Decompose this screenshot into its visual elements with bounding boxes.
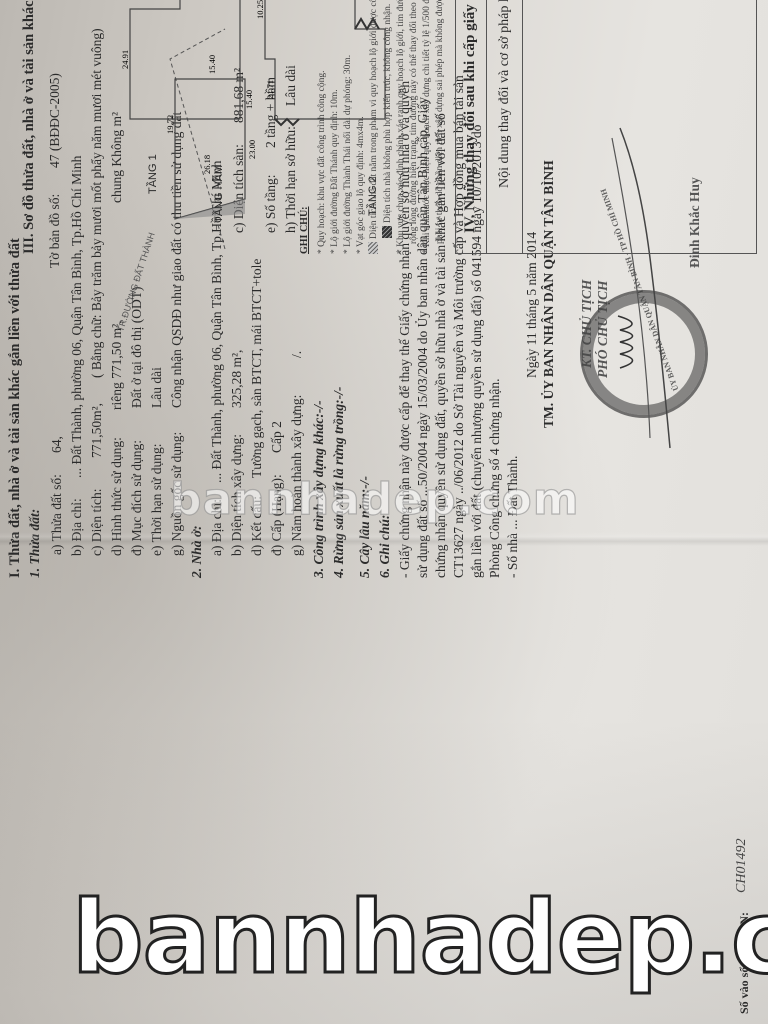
floor-label-tang-1: TẦNG 1 <box>148 154 159 194</box>
dim-label: 10.25 <box>255 0 265 19</box>
changes-table: IV. Những thay đổi sau khi cấp giấy chứn… <box>455 0 757 254</box>
plan-note: * Lộ giới đường Đất Thánh quy định: 10m. <box>331 89 341 254</box>
plan-note: * Khi nhà nước thực hiện quy hoạch xây d… <box>423 0 433 254</box>
section-4-title: IV. Những thay đổi sau khi cấp giấy chứn… <box>463 0 478 233</box>
plan-note: * Vạt góc giao lộ quy định: 4mx4m. <box>357 116 367 254</box>
dim-label: 26.18 <box>202 155 212 174</box>
notes-title: GHI CHÚ: <box>300 207 310 255</box>
dim-label: 21.71 <box>265 80 275 99</box>
watermark-small: bannhadep.com <box>170 474 580 525</box>
column-header-changes: Nội dung thay đổi và cơ sở pháp lý <box>498 0 512 188</box>
legend-swatch-dark <box>382 226 392 238</box>
plan-note: phải tự tháo dỡ phần diện tích xây dựng … <box>436 0 446 244</box>
page-section-3: III. Sơ đồ thửa đất, nhà ở và tài sản kh… <box>0 0 768 524</box>
watermark-big: bannhadep.com <box>72 888 768 988</box>
plan-note: * Quy hoạch: khu vực đất công trình công… <box>318 71 328 255</box>
table-divider <box>522 0 523 253</box>
dim-label: 24.91 <box>120 50 130 69</box>
floor-plan-tang-ham: 24.91 15.40 <box>120 0 260 129</box>
dim-label: 15.40 <box>244 90 254 109</box>
plan-note: Diện tích nhà đất nằm trong phạm vi quy … <box>370 0 380 239</box>
section-3-title: III. Sơ đồ thửa đất, nhà ở và tài sản kh… <box>22 0 37 254</box>
page-fold <box>0 532 768 546</box>
dim-label: 23.00 <box>247 140 255 159</box>
plan-note: rộng lòng đường hiện trạng, tim đường nà… <box>410 0 420 244</box>
plan-note: Diện tích nhà không phù hợp kiến trúc, k… <box>384 4 394 223</box>
legend-swatch-hatched <box>368 242 378 254</box>
plan-note: * Lộ giới đường Thành Thái nối dài dự ph… <box>344 55 354 254</box>
floor-label-tang-ham: TẦNG HẦM <box>214 164 225 224</box>
plan-note: * Khu vực chưa xác định chính xác ranh q… <box>397 0 407 254</box>
table-divider <box>486 0 487 253</box>
